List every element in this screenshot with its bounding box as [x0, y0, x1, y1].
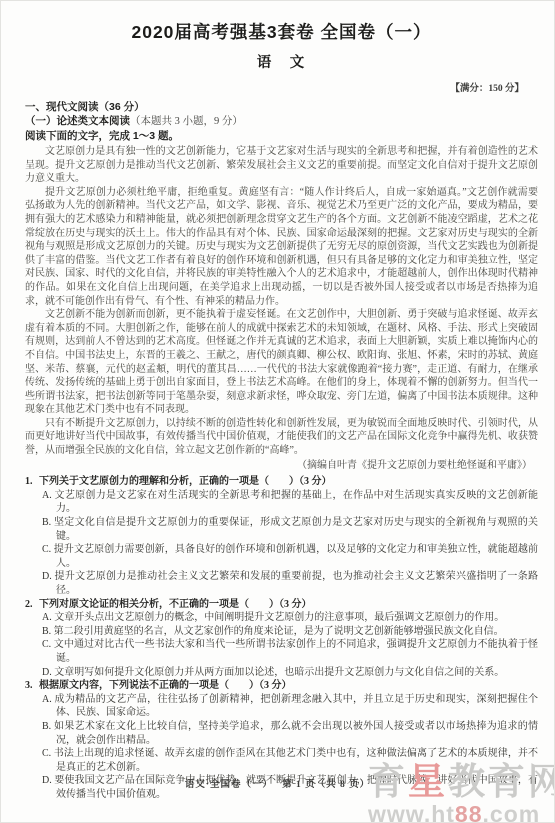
question-1-number: 1.: [25, 475, 39, 489]
option-text: 成为精品的文艺产品，往往弘扬了创新精神，把创新理念融入其中，并且立足于历史和现实…: [55, 694, 538, 719]
question-3-stem-text: 根据原文内容，下列说法不正确的一项是（ ）（3 分）: [39, 680, 292, 691]
passage-attribution: （摘编自叶青《提升文艺原创力要杜绝怪诞和平庸》）: [25, 459, 538, 473]
question-3-stem: 3.根据原文内容，下列说法不正确的一项是（ ）（3 分）: [25, 679, 538, 693]
section-heading: 一、现代文阅读（36 分）: [25, 100, 538, 114]
watermark-url-accent: 88: [455, 801, 483, 823]
option-label: A.: [42, 694, 52, 705]
option-label: D.: [42, 667, 52, 678]
option-text: 文章开头点出文艺原创力的概念，中间阐明提升文艺原创力的注意事项，最后强调文艺原创…: [54, 612, 504, 623]
reading-instruction: 阅读下面的文字，完成 1～3 题。: [25, 129, 538, 143]
option-label: D.: [42, 571, 52, 582]
option-label: B.: [42, 626, 51, 637]
option-label: B.: [42, 721, 51, 732]
question-2: 2.下列对原文论证的相关分析，不正确的一项是（ ）（3 分） A. 文章开头点出…: [25, 598, 538, 680]
question-2-option-c: C. 文中通过对比古代一些书法大家和当代一些所谓书法家创作上的不同追求，强调提升…: [42, 638, 538, 665]
passage-paragraph-4: 只有不断提升文艺原创力，以持续不断的创造性转化和创新性发展，更为敏锐而全面地反映…: [25, 417, 538, 458]
question-2-option-d: D. 文章明写如何提升文化原创力并从两方面加以论述，也暗示出提升文艺原创力与文化…: [42, 666, 538, 680]
subheading-note: （本题共 3 小题，9 分）: [130, 116, 243, 127]
option-label: C.: [42, 748, 51, 759]
exam-paper-page: 2020届高考强基3套卷 全国卷（一） 语 文 【满分：150 分】 一、现代文…: [0, 0, 555, 823]
option-text: 坚定文化自信是提升文艺原创力的重要保证，形成文艺原创力是文艺家对历史与现实的全新…: [54, 517, 538, 542]
option-text: 第二段引用黄庭坚的名言，从文艺家创作的角度来论证，是为了说明文艺创新能够增强民族…: [54, 626, 504, 637]
reading-passage: 文艺原创力是具有独一性的文艺创新能力，它基于文艺家对生活与现实的全新思考和把握，…: [25, 145, 538, 472]
question-2-option-a: A. 文章开头点出文艺原创力的概念，中间阐明提升文艺原创力的注意事项，最后强调文…: [42, 611, 538, 625]
question-1: 1.下列关于文艺原创力的理解和分析，正确的一项是（ ）（3 分） A. 文艺原创…: [25, 475, 538, 597]
question-2-option-b: B. 第二段引用黄庭坚的名言，从文艺家创作的角度来论证，是为了说明文艺创新能够增…: [42, 625, 538, 639]
question-3-option-c: C. 书法上出现的追求怪诞、故弄玄虚的创作歪风在其他艺术门类中也有，这种做法偏离…: [42, 747, 538, 774]
page-footer: 语文·全国卷（一） 第 1 页（共 8 页）: [1, 776, 554, 790]
question-1-option-b: B. 坚定文化自信是提升文艺原创力的重要保证，形成文艺原创力是文艺家对历史与现实…: [42, 516, 538, 543]
question-list: 1.下列关于文艺原创力的理解和分析，正确的一项是（ ）（3 分） A. 文艺原创…: [25, 475, 538, 801]
total-score-note: 【满分：150 分】: [25, 80, 524, 94]
watermark-url: www.ht88.com: [368, 802, 555, 823]
option-label: C.: [42, 544, 51, 555]
question-3-number: 3.: [25, 679, 39, 693]
question-2-stem-text: 下列对原文论证的相关分析，不正确的一项是（ ）（3 分）: [39, 599, 312, 610]
question-1-option-c: C. 提升文艺原创力需要创新，具备良好的创作环境和创新机遇，以及足够的文化定力和…: [42, 543, 538, 570]
question-3-option-a: A. 成为精品的文艺产品，往往弘扬了创新精神，把创新理念融入其中，并且立足于历史…: [42, 693, 538, 720]
question-1-stem: 1.下列关于文艺原创力的理解和分析，正确的一项是（ ）（3 分）: [25, 475, 538, 489]
passage-paragraph-1: 文艺原创力是具有独一性的文艺创新能力，它基于文艺家对生活与现实的全新思考和把握，…: [25, 145, 538, 186]
question-2-stem: 2.下列对原文论证的相关分析，不正确的一项是（ ）（3 分）: [25, 598, 538, 612]
option-label: A.: [42, 490, 52, 501]
question-3-option-b: B. 如果艺术家在文化上比较自信，坚持美学追求，那么就不会出现以被外国人接受或者…: [42, 720, 538, 747]
option-text: 文艺原创力是文艺家在对生活现实的全新思考和把握的基础上，在作品中对生活现实真实反…: [55, 490, 538, 515]
paper-title: 2020届高考强基3套卷 全国卷（一）: [25, 19, 538, 44]
subheading-main: （一）论述类文本阅读: [25, 115, 130, 127]
passage-paragraph-2: 提升文艺原创力必须杜绝平庸，拒绝重复。黄庭坚有言：“随人作计终后人，自成一家始逼…: [25, 186, 538, 308]
question-2-number: 2.: [25, 598, 39, 612]
question-1-stem-text: 下列关于文艺原创力的理解和分析，正确的一项是（ ）（3 分）: [39, 476, 332, 487]
paper-header: 2020届高考强基3套卷 全国卷（一） 语 文: [25, 19, 538, 72]
option-text: 提升文艺原创力需要创新，具备良好的创作环境和创新机遇，以及足够的文化定力和审美独…: [54, 544, 538, 569]
option-text: 书法上出现的追求怪诞、故弄玄虚的创作歪风在其他艺术门类中也有，这种做法偏离了艺术…: [54, 748, 538, 773]
option-text: 文章明写如何提升文化原创力并从两方面加以论述，也暗示出提升文艺原创力与文化自信之…: [54, 667, 504, 678]
option-text: 如果艺术家在文化上比较自信，坚持美学追求，那么就不会出现以被外国人接受或者以市场…: [54, 721, 538, 746]
option-label: A.: [42, 612, 52, 623]
question-1-option-d: D. 提升文艺原创力是推动社会主义文艺繁荣和发展的重要前提，也为推动社会主义文艺…: [42, 570, 538, 597]
section-block: 一、现代文阅读（36 分） （一）论述类文本阅读（本题共 3 小题，9 分） 阅…: [25, 100, 538, 143]
watermark-url-main: www.ht: [368, 801, 455, 823]
subject-title: 语 文: [25, 51, 538, 72]
option-label: B.: [42, 517, 51, 528]
option-label: C.: [42, 639, 51, 650]
question-1-option-a: A. 文艺原创力是文艺家在对生活现实的全新思考和把握的基础上，在作品中对生活现实…: [42, 489, 538, 516]
option-text: 文中通过对比古代一些书法大家和当代一些所谓书法家创作上的不同追求，强调提升文艺原…: [54, 639, 538, 664]
option-text: 提升文艺原创力是推动社会主义文艺繁荣和发展的重要前提，也为推动社会主义文艺繁荣兴…: [55, 571, 538, 596]
passage-paragraph-3: 文艺创新不能为创新而创新，更不能执着于虚妄怪诞。在文艺创作中，大胆创新、勇于突破…: [25, 308, 538, 417]
watermark-url-tail: .com: [483, 801, 541, 823]
section-subheading: （一）论述类文本阅读（本题共 3 小题，9 分）: [25, 114, 538, 129]
